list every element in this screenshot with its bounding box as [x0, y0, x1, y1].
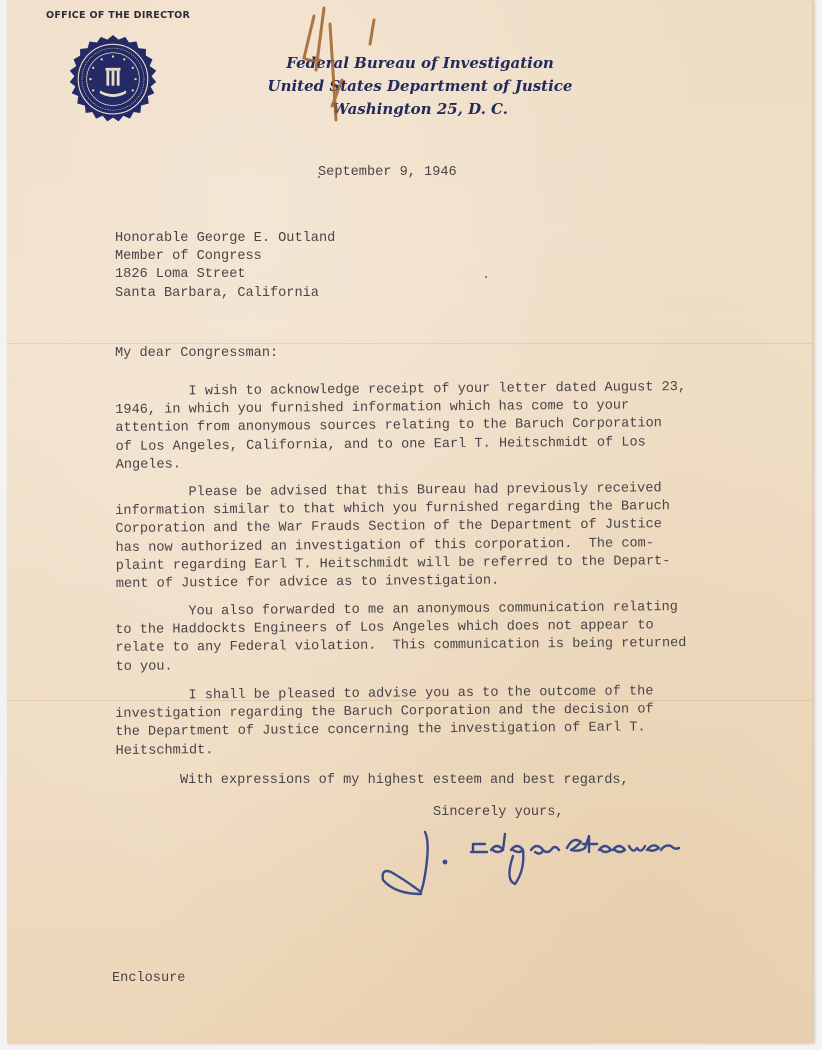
letterhead-block: Federal Bureau of Investigation United S…	[240, 52, 600, 121]
office-of-director-label: OFFICE OF THE DIRECTOR	[46, 10, 190, 21]
fold-crease	[7, 343, 812, 344]
recipient-city: Santa Barbara, California	[115, 285, 335, 303]
enclosure-notation: Enclosure	[112, 970, 185, 988]
body-paragraph-3: You also forwarded to me an anonymous co…	[115, 599, 687, 677]
fbi-seal-icon	[66, 34, 160, 128]
signature-j-edgar-hoover	[375, 820, 735, 910]
type-mark	[485, 276, 487, 278]
body-paragraph-2: Please be advised that this Bureau had p…	[115, 480, 671, 594]
letter-date: September 9, 1946	[318, 164, 457, 182]
body-paragraph-1: I wish to acknowledge receipt of your le…	[115, 379, 687, 475]
recipient-title: Member of Congress	[115, 248, 335, 266]
body-paragraph-4: I shall be pleased to advise you as to t…	[115, 683, 654, 761]
recipient-address: Honorable George E. Outland Member of Co…	[115, 230, 335, 303]
recipient-name: Honorable George E. Outland	[115, 230, 335, 248]
letterhead-city: Washington 25, D. C.	[240, 98, 600, 121]
type-mark	[318, 176, 320, 178]
recipient-street: 1826 Loma Street	[115, 266, 335, 284]
letterhead-bureau: Federal Bureau of Investigation	[240, 52, 600, 75]
letterhead-department: United States Department of Justice	[240, 75, 600, 98]
closing-line: With expressions of my highest esteem an…	[180, 772, 629, 790]
salutation: My dear Congressman:	[115, 345, 278, 363]
